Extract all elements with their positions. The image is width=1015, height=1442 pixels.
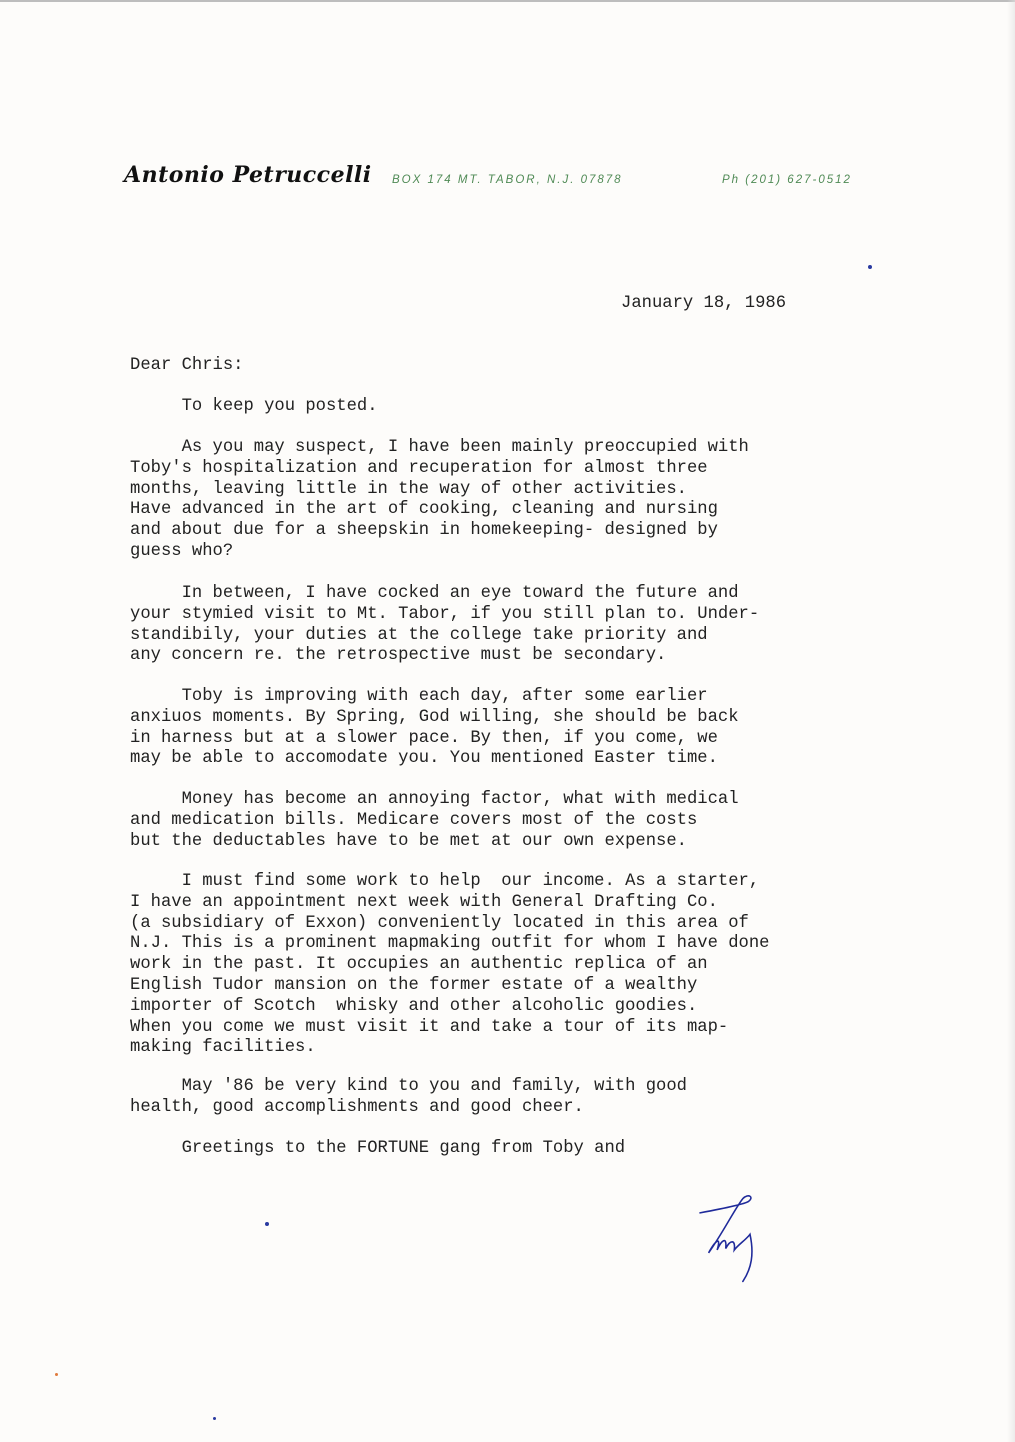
paragraph: I must find some work to help our income… bbox=[130, 872, 769, 1059]
paragraph: May '86 be very kind to you and family, … bbox=[130, 1077, 687, 1119]
paragraph: As you may suspect, I have been mainly p… bbox=[130, 438, 749, 563]
letterhead-phone: Ph (201) 627-0512 bbox=[722, 174, 852, 186]
letter-date: January 18, 1986 bbox=[621, 294, 786, 315]
letterhead-address: BOX 174 MT. TABOR, N.J. 07878 bbox=[392, 174, 623, 186]
signature bbox=[680, 1180, 780, 1300]
paragraph: Money has become an annoying factor, wha… bbox=[130, 790, 739, 852]
salutation: Dear Chris: bbox=[130, 356, 243, 377]
paragraph: In between, I have cocked an eye toward … bbox=[130, 584, 759, 667]
letterhead-name: Antonio Petruccelli bbox=[124, 162, 372, 188]
page-top-edge bbox=[0, 0, 1015, 2]
letterhead: Antonio Petruccelli BOX 174 MT. TABOR, N… bbox=[124, 162, 894, 202]
paragraph: To keep you posted. bbox=[130, 397, 378, 418]
ink-speck bbox=[213, 1417, 216, 1420]
paragraph: Greetings to the FORTUNE gang from Toby … bbox=[130, 1139, 625, 1160]
page-right-edge bbox=[1007, 0, 1015, 1442]
paper-speck bbox=[55, 1373, 58, 1376]
paragraph: Toby is improving with each day, after s… bbox=[130, 687, 739, 770]
ink-speck bbox=[265, 1222, 269, 1226]
ink-speck bbox=[868, 265, 872, 269]
